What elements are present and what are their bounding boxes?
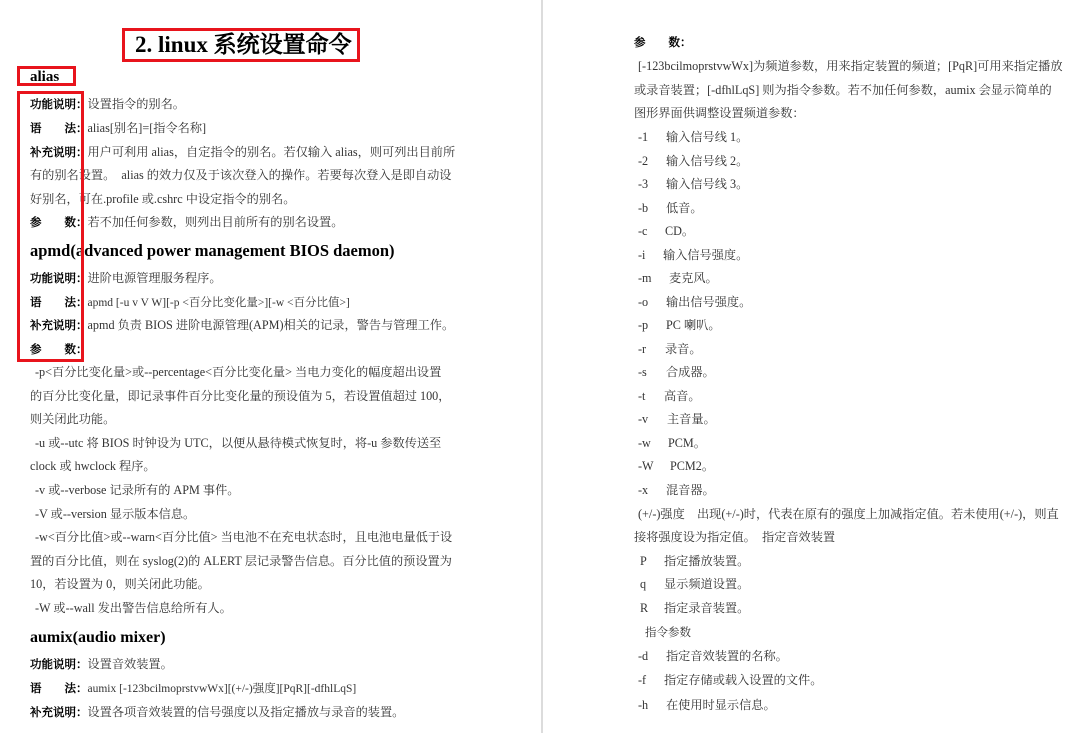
option-row: q显示频道设置。 xyxy=(640,576,749,592)
option-row: -wPCM。 xyxy=(638,435,706,451)
param-line: -w<百分比值>或--warn<百分比值> 当电池不在充电状态时，且电池电量低于… xyxy=(35,529,452,545)
option-row: -x混音器。 xyxy=(638,482,715,498)
field-label: 参 数： xyxy=(30,342,88,356)
field-label: 语 法： xyxy=(30,295,88,309)
field-text: 有的别名设置。 alias 的效力仅及于该次登入的操作。若要每次登入是即自动设 xyxy=(30,168,451,182)
field-row: 语 法：alias[别名]=[指令名称] xyxy=(30,120,206,136)
field-text: 设置指令的别名。 xyxy=(88,97,186,111)
field-text: apmd 负责 BIOS 进阶电源管理(APM)相关的记录，警告与管理工作。 xyxy=(88,318,455,332)
option-desc: 输入信号线 3。 xyxy=(666,177,748,191)
option-flag: q xyxy=(640,576,664,592)
field-row: 功能说明：设置指令的别名。 xyxy=(30,96,185,112)
field-text: alias[别名]=[指令名称] xyxy=(88,121,207,135)
option-desc: CD。 xyxy=(665,224,694,238)
option-desc: 主音量。 xyxy=(667,412,716,426)
option-desc: 指定音效装置的名称。 xyxy=(666,649,788,663)
section-heading-aumix: aumix(audio mixer) xyxy=(30,628,166,648)
option-row: -pPC 喇叭。 xyxy=(638,317,721,333)
field-text: 好别名，可在.profile 或.cshrc 中设定指令的别名。 xyxy=(30,192,295,206)
option-flag: -w xyxy=(638,435,668,451)
field-row: 语 法：aumix [-123bcilmoprstvwWx][(+/-)强度][… xyxy=(30,680,356,697)
option-desc: 指定录音装置。 xyxy=(664,601,749,615)
command-params-label: 指令参数 xyxy=(645,624,691,640)
option-flag: -i xyxy=(638,247,663,263)
option-flag: -p xyxy=(638,317,666,333)
field-row: 有的别名设置。 alias 的效力仅及于该次登入的操作。若要每次登入是即自动设 xyxy=(30,167,451,183)
chapter-title: 2. linux 系统设置命令 xyxy=(135,31,352,59)
option-flag: -c xyxy=(638,223,665,239)
option-flag: R xyxy=(640,600,664,616)
field-label: 语 法： xyxy=(30,121,88,135)
option-flag: -s xyxy=(638,364,666,380)
param-line: 的百分比变化量，即记录事件百分比变化量的预设值为 5，若设置值超过 100， xyxy=(30,388,450,404)
option-desc: 在使用时显示信息。 xyxy=(666,698,776,712)
field-label: 功能说明： xyxy=(30,97,88,111)
option-desc: 麦克风。 xyxy=(669,271,718,285)
field-row: 功能说明：设置音效装置。 xyxy=(30,656,173,672)
option-desc: PCM。 xyxy=(668,436,706,450)
option-desc: 混音器。 xyxy=(666,483,715,497)
params-label: 参 数： xyxy=(634,34,692,50)
option-row: -3输入信号线 3。 xyxy=(638,176,748,192)
param-line: 10，若设置为 0，则关闭此功能。 xyxy=(30,576,210,592)
intro-line: 图形界面供调整设置频道参数： xyxy=(634,105,805,121)
option-row: -s合成器。 xyxy=(638,364,715,380)
field-text: 若不加任何参数，则列出目前所有的别名设置。 xyxy=(88,215,344,229)
option-row: -h在使用时显示信息。 xyxy=(638,697,776,713)
field-label: 参 数： xyxy=(30,215,88,229)
param-line: -v 或--verbose 记录所有的 APM 事件。 xyxy=(35,482,239,498)
option-desc: 指定播放装置。 xyxy=(664,554,749,568)
option-flag: -m xyxy=(638,270,669,286)
field-row: 功能说明：进阶电源管理服务程序。 xyxy=(30,270,222,286)
option-row: R指定录音装置。 xyxy=(640,600,749,616)
option-desc: 指定存储或载入设置的文件。 xyxy=(664,673,822,687)
option-row: -o输出信号强度。 xyxy=(638,294,751,310)
option-flag: -v xyxy=(638,411,667,427)
option-row: -1输入信号线 1。 xyxy=(638,129,748,145)
option-desc: 录音。 xyxy=(665,342,702,356)
option-row: -2输入信号线 2。 xyxy=(638,153,748,169)
option-flag: -o xyxy=(638,294,666,310)
option-row: -f指定存储或载入设置的文件。 xyxy=(638,672,822,688)
document-page-right: 参 数： [-123bcilmoprstvwWx]为频道参数，用来指定装置的频道… xyxy=(543,0,1080,733)
field-row: 补充说明：设置各项音效装置的信号强度以及指定播放与录音的装置。 xyxy=(30,704,404,720)
param-line: clock 或 hwclock 程序。 xyxy=(30,458,156,474)
option-desc: 输出信号强度。 xyxy=(666,295,751,309)
option-row: P指定播放装置。 xyxy=(640,553,749,569)
option-desc: 输入信号强度。 xyxy=(663,248,748,262)
option-flag: -t xyxy=(638,388,664,404)
option-desc: 低音。 xyxy=(666,201,703,215)
strength-line: (+/-)强度 出现(+/-)时，代表在原有的强度上加减指定值。若未使用(+/-… xyxy=(638,506,1059,522)
option-flag: -f xyxy=(638,672,664,688)
param-line: -V 或--version 显示版本信息。 xyxy=(35,506,195,522)
field-label: 语 法： xyxy=(30,681,88,695)
field-text: 设置音效装置。 xyxy=(88,657,173,671)
intro-line: [-123bcilmoprstvwWx]为频道参数，用来指定装置的频道；[PqR… xyxy=(638,58,1063,74)
option-row: -d指定音效装置的名称。 xyxy=(638,648,788,664)
field-text: 用户可利用 alias，自定指令的别名。若仅输入 alias，则可列出目前所 xyxy=(88,145,456,159)
param-line: 则关闭此功能。 xyxy=(30,411,115,427)
field-text: aumix [-123bcilmoprstvwWx][(+/-)强度][PqR]… xyxy=(88,683,357,695)
field-label: 补充说明： xyxy=(30,318,88,332)
option-desc: 显示频道设置。 xyxy=(664,577,749,591)
option-flag: -h xyxy=(638,697,666,713)
field-row: 补充说明：apmd 负责 BIOS 进阶电源管理(APM)相关的记录，警告与管理… xyxy=(30,317,454,333)
field-label: 补充说明： xyxy=(30,145,88,159)
option-row: -v主音量。 xyxy=(638,411,716,427)
field-text: apmd [-u v V W][-p <百分比变化量>][-w <百分比值>] xyxy=(88,297,350,309)
field-label: 功能说明： xyxy=(30,271,88,285)
field-label: 补充说明： xyxy=(30,705,88,719)
option-row: -i输入信号强度。 xyxy=(638,247,748,263)
field-row: 参 数：若不加任何参数，则列出目前所有的别名设置。 xyxy=(30,214,343,230)
field-text: 设置各项音效装置的信号强度以及指定播放与录音的装置。 xyxy=(88,705,405,719)
option-flag: P xyxy=(640,553,664,569)
intro-line: 或录音装置；[-dfhlLqS] 则为指令参数。若不加任何参数，aumix 会显… xyxy=(634,82,1052,98)
option-desc: PCM2。 xyxy=(670,459,714,473)
option-flag: -b xyxy=(638,200,666,216)
option-row: -m麦克风。 xyxy=(638,270,718,286)
field-row: 好别名，可在.profile 或.cshrc 中设定指令的别名。 xyxy=(30,191,295,207)
document-page-left: 2. linux 系统设置命令 alias 功能说明：设置指令的别名。 语 法：… xyxy=(0,0,541,733)
param-line: -W 或--wall 发出警告信息给所有人。 xyxy=(35,600,232,616)
field-row: 补充说明：用户可利用 alias，自定指令的别名。若仅输入 alias，则可列出… xyxy=(30,144,455,160)
option-flag: -3 xyxy=(638,176,666,192)
option-flag: -W xyxy=(638,458,670,474)
option-desc: 合成器。 xyxy=(666,365,715,379)
option-desc: 高音。 xyxy=(664,389,701,403)
param-line: -p<百分比变化量>或--percentage<百分比变化量> 当电力变化的幅度… xyxy=(35,364,441,380)
option-flag: -2 xyxy=(638,153,666,169)
param-line: 置的百分比值，则在 syslog(2)的 ALERT 层记录警告信息。百分比值的… xyxy=(30,553,452,569)
option-desc: 输入信号线 1。 xyxy=(666,130,748,144)
option-flag: -1 xyxy=(638,129,666,145)
field-text: 进阶电源管理服务程序。 xyxy=(88,271,222,285)
option-row: -WPCM2。 xyxy=(638,458,714,474)
option-desc: 输入信号线 2。 xyxy=(666,154,748,168)
option-row: -cCD。 xyxy=(638,223,694,239)
option-flag: -r xyxy=(638,341,665,357)
field-row: 语 法：apmd [-u v V W][-p <百分比变化量>][-w <百分比… xyxy=(30,294,350,311)
option-flag: -d xyxy=(638,648,666,664)
section-heading-apmd: apmd(advanced power management BIOS daem… xyxy=(30,241,395,261)
param-line: -u 或--utc 将 BIOS 时钟设为 UTC，以便从悬待模式恢复时，将-u… xyxy=(35,435,441,451)
option-flag: -x xyxy=(638,482,666,498)
field-label: 功能说明： xyxy=(30,657,88,671)
section-heading-alias: alias xyxy=(30,67,59,87)
option-row: -r录音。 xyxy=(638,341,702,357)
option-row: -b低音。 xyxy=(638,200,703,216)
field-label: 参 数： xyxy=(634,35,692,49)
option-desc: PC 喇叭。 xyxy=(666,318,721,332)
option-row: -t高音。 xyxy=(638,388,701,404)
strength-line: 接将强度设为指定值。 指定音效装置 xyxy=(634,529,835,545)
field-row: 参 数： xyxy=(30,341,88,357)
